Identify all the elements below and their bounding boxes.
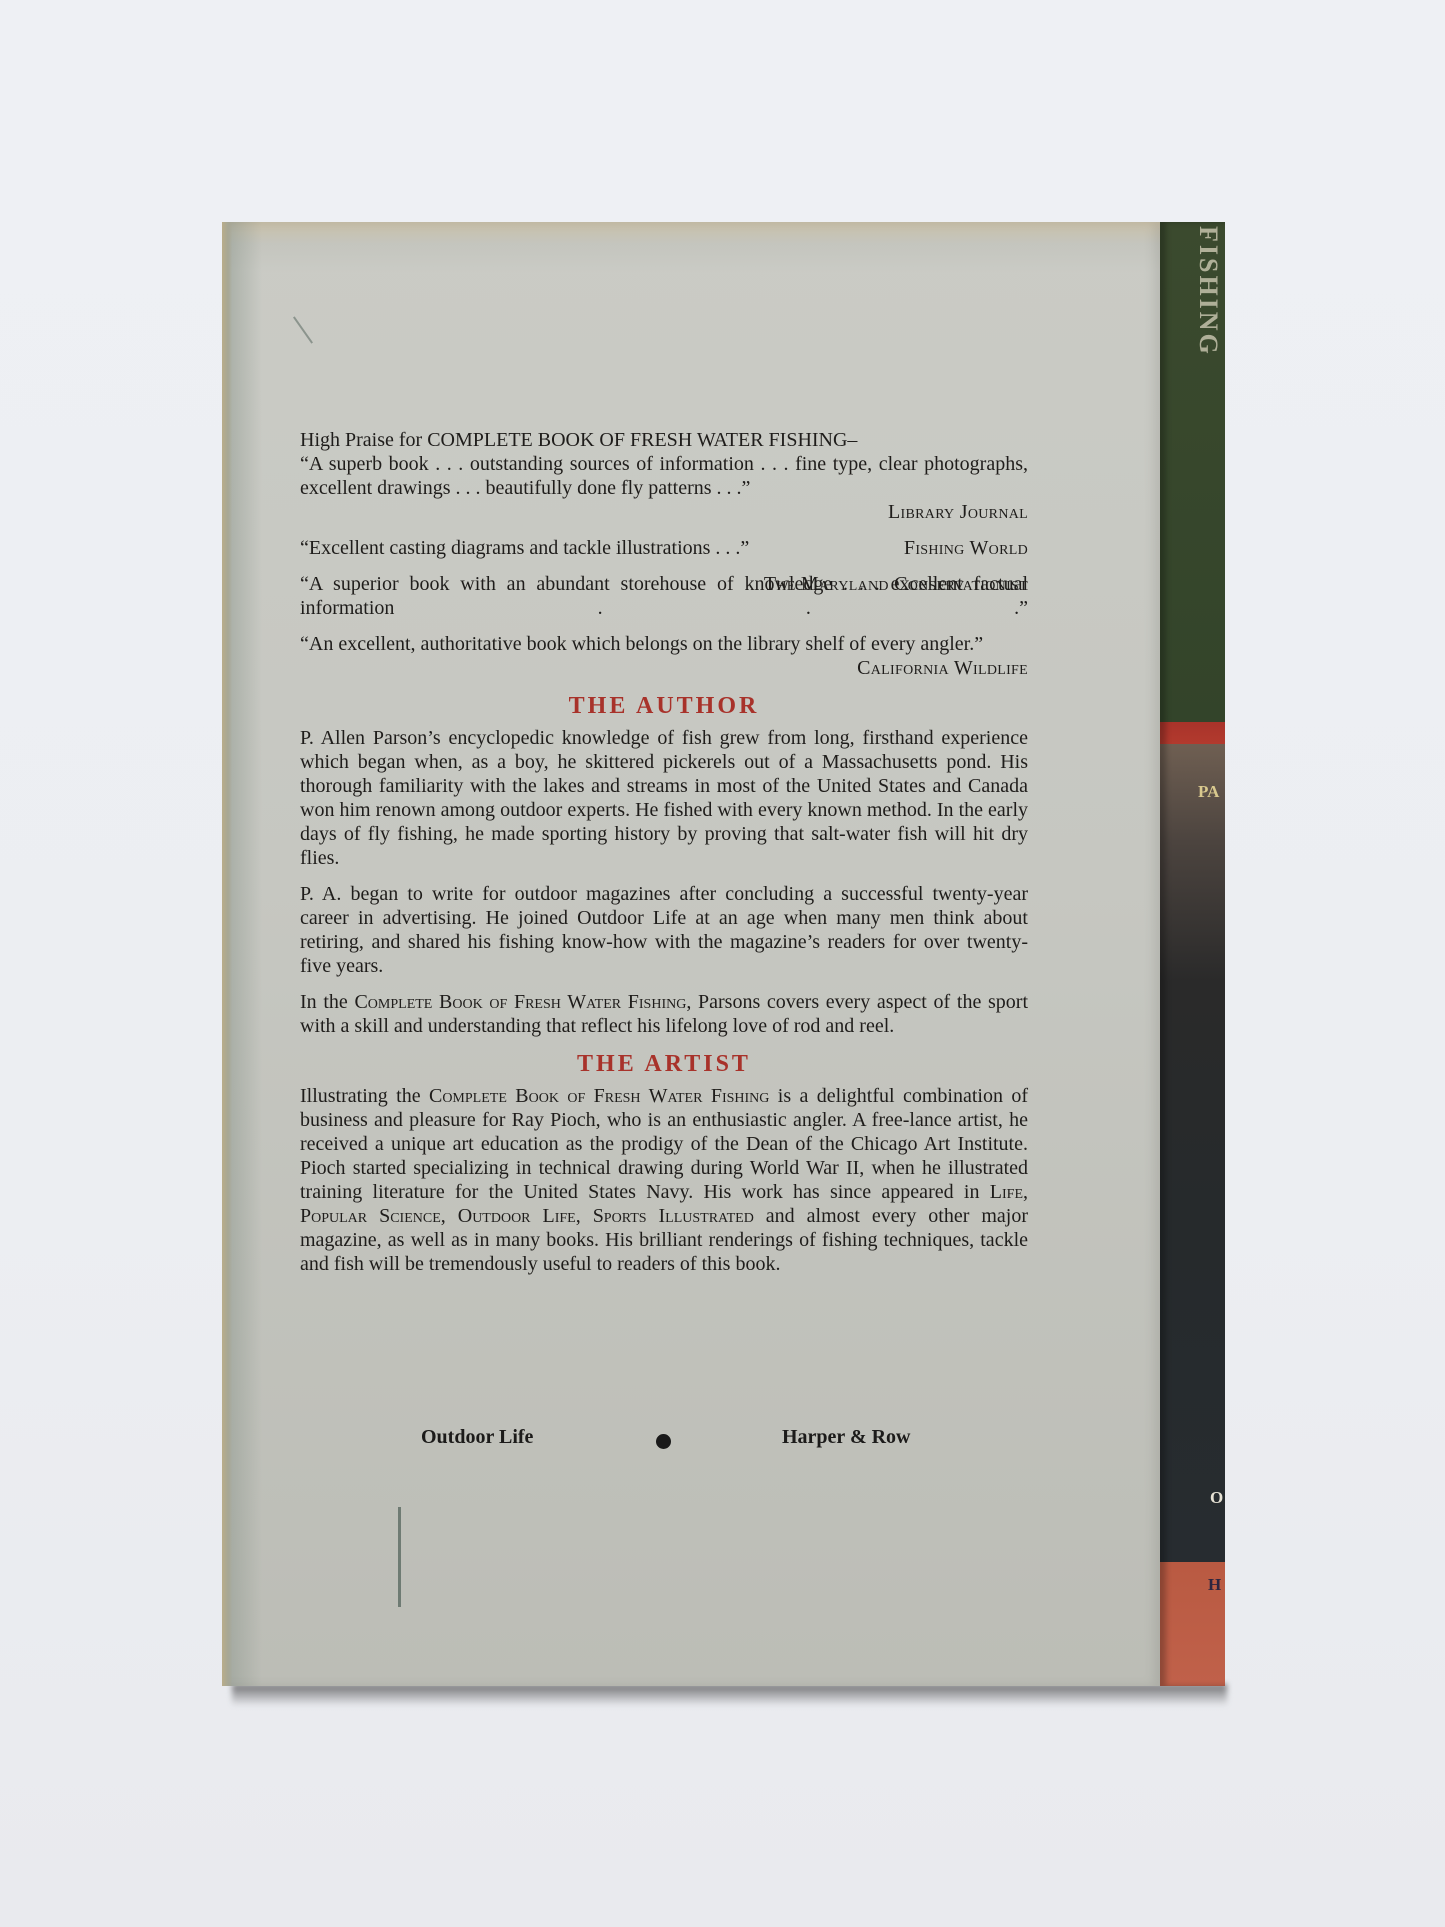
author-paragraph: P. A. began to write for outdoor magazin…: [300, 882, 1028, 978]
bullet-dot-icon: [656, 1434, 671, 1449]
magazine-name: Life: [990, 1181, 1023, 1203]
book-shadow: [232, 1684, 1227, 1706]
quote-text: “An excellent, authoritative book which …: [300, 633, 983, 655]
quote-maryland-conservationist: “A superior book with an abundant storeh…: [300, 572, 1028, 620]
author-heading: THE AUTHOR: [300, 694, 1028, 718]
quote-fishing-world: “Excellent casting diagrams and tackle i…: [300, 536, 1028, 560]
quote-source: California Wildlife: [857, 656, 1028, 680]
book-title: Complete Book of Fresh Water Fishing: [354, 991, 686, 1013]
magazine-name: Outdoor Life: [458, 1205, 576, 1227]
imprint-outdoor-life: Outdoor Life: [421, 1426, 533, 1449]
crease-mark: [398, 1507, 401, 1607]
quote-text: “A superior book with an abundant storeh…: [300, 573, 1028, 619]
magazine-name: Sports Illustrated: [593, 1205, 754, 1227]
scuff-mark: [293, 316, 313, 343]
artist-paragraph: Illustrating the Complete Book of Fresh …: [300, 1084, 1028, 1276]
book-title: Complete Book of Fresh Water Fishing: [429, 1085, 769, 1107]
quote-source: Fishing World: [904, 536, 1028, 560]
imprint-harper-row: Harper & Row: [782, 1426, 911, 1449]
quote-source: Library Journal: [300, 500, 1028, 524]
praise-intro: High Praise for COMPLETE BOOK OF FRESH W…: [300, 428, 1028, 452]
quote-text: “Excellent casting diagrams and tackle i…: [300, 536, 749, 560]
quote-library-journal: “A superb book . . . outstanding sources…: [300, 452, 1028, 524]
spine-author-fragment: PA: [1198, 782, 1219, 802]
spine-title: FISHING: [1197, 226, 1223, 706]
quote-text: “A superb book . . . outstanding sources…: [300, 453, 1028, 499]
author-paragraph: P. Allen Parson’s encyclopedic knowledge…: [300, 726, 1028, 870]
spine-publisher-fragment: H: [1208, 1575, 1221, 1595]
author-paragraph: In the Complete Book of Fresh Water Fish…: [300, 990, 1028, 1038]
publisher-imprint: Outdoor Life Harper & Row: [420, 1426, 920, 1456]
quote-california-wildlife: “An excellent, authoritative book which …: [300, 632, 1028, 680]
spine-letter: O: [1210, 1488, 1223, 1508]
back-cover-text: High Praise for COMPLETE BOOK OF FRESH W…: [300, 428, 1028, 1288]
magazine-name: Popular Science: [300, 1205, 441, 1227]
artist-heading: THE ARTIST: [300, 1052, 1028, 1076]
